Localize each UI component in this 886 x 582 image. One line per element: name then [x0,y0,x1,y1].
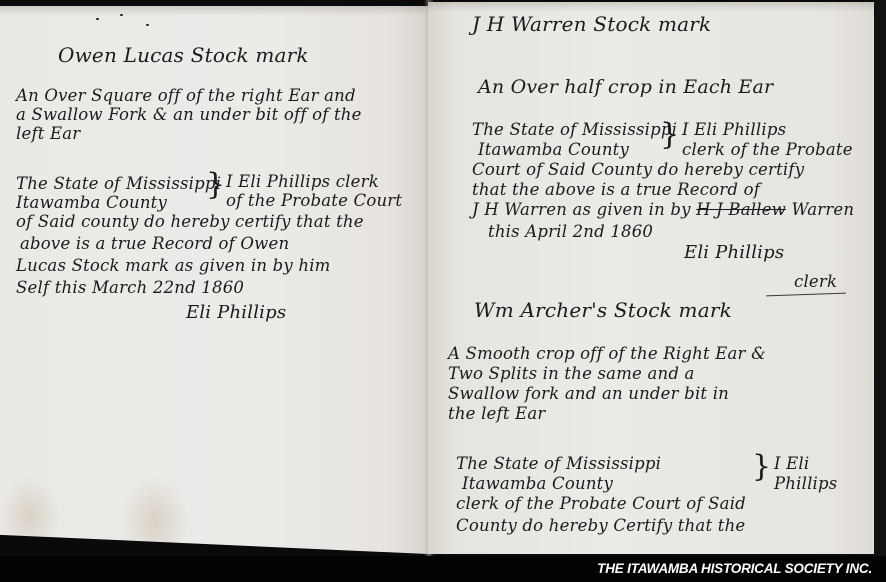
cert-state: The State of Mississippi [456,454,661,473]
paper-speck [96,18,99,20]
cert-right-col: Phillips [774,474,837,493]
signature-underline [766,293,846,297]
clerk-signature: Eli Phillips [186,302,286,323]
paper-stain [120,476,190,554]
page-shadow [0,6,428,16]
curly-brace: } [206,170,225,200]
cert-right-col: of the Probate Court [226,191,402,210]
cert-line: clerk of the Probate Court of Said [456,494,746,513]
cert-line: of Said county do hereby certify that th… [16,212,364,231]
cert-county: Itawamba County [478,140,629,159]
curly-brace: } [660,120,679,150]
cert-right-col: clerk of the Probate [682,140,853,159]
corrected-name: Warren [791,200,854,219]
cert-line: County do hereby Certify that the [456,516,745,535]
cert-right-col: I Eli Phillips [682,120,786,139]
right-page: J H Warren Stock mark An Over half crop … [428,2,874,554]
cert-state: The State of Mississippi [16,174,221,193]
scanned-ledger-photo: Owen Lucas Stock mark An Over Square off… [0,0,886,582]
entry-description-line: An Over Square off of the right Ear and [16,86,356,105]
cert-right-col: I Eli [774,454,809,473]
paper-speck [120,14,123,16]
book-cover-edge [874,0,886,582]
entry-description-line: the left Ear [448,404,545,423]
entry-description-line: Two Splits in the same and a [448,364,695,383]
cert-line: this April 2nd 1860 [488,222,653,241]
left-page: Owen Lucas Stock mark An Over Square off… [0,6,428,554]
paper-stain [0,476,60,554]
cert-line: Court of Said County do hereby certify [472,160,804,179]
cert-line: Lucas Stock mark as given in by him [16,256,331,275]
watermark-caption: THE ITAWAMBA HISTORICAL SOCIETY INC. [597,561,872,576]
curly-brace: } [752,452,771,482]
entry-description-line: left Ear [16,124,80,143]
cert-state: The State of Mississippi [472,120,677,139]
cert-right-col: I Eli Phillips clerk [226,172,379,191]
entry-heading: J H Warren Stock mark [472,12,711,36]
entry-description-line: An Over half crop in Each Ear [478,76,773,98]
entry-description-line: a Swallow Fork & an under bit off of the [16,105,362,124]
cert-line: above is a true Record of Owen [20,234,289,253]
entry-heading: Wm Archer's Stock mark [474,298,732,322]
struck-name: H J Ballew [696,200,786,219]
page-shadow [428,2,874,12]
entry-description-line: Swallow fork and an under bit in [448,384,729,403]
cert-line: J H Warren as given in by H J Ballew War… [472,200,854,219]
cert-line: that the above is a true Record of [472,180,760,199]
cert-county: Itawamba County [16,193,167,212]
entry-description-line: A Smooth crop off of the Right Ear & [448,344,766,363]
clerk-title: clerk [794,272,837,291]
clerk-signature: Eli Phillips [684,242,784,263]
paper-speck [146,24,149,26]
cert-line-text: J H Warren as given in by [472,200,691,219]
cert-county: Itawamba County [462,474,613,493]
entry-heading: Owen Lucas Stock mark [58,43,309,67]
cert-line: Self this March 22nd 1860 [16,278,244,297]
